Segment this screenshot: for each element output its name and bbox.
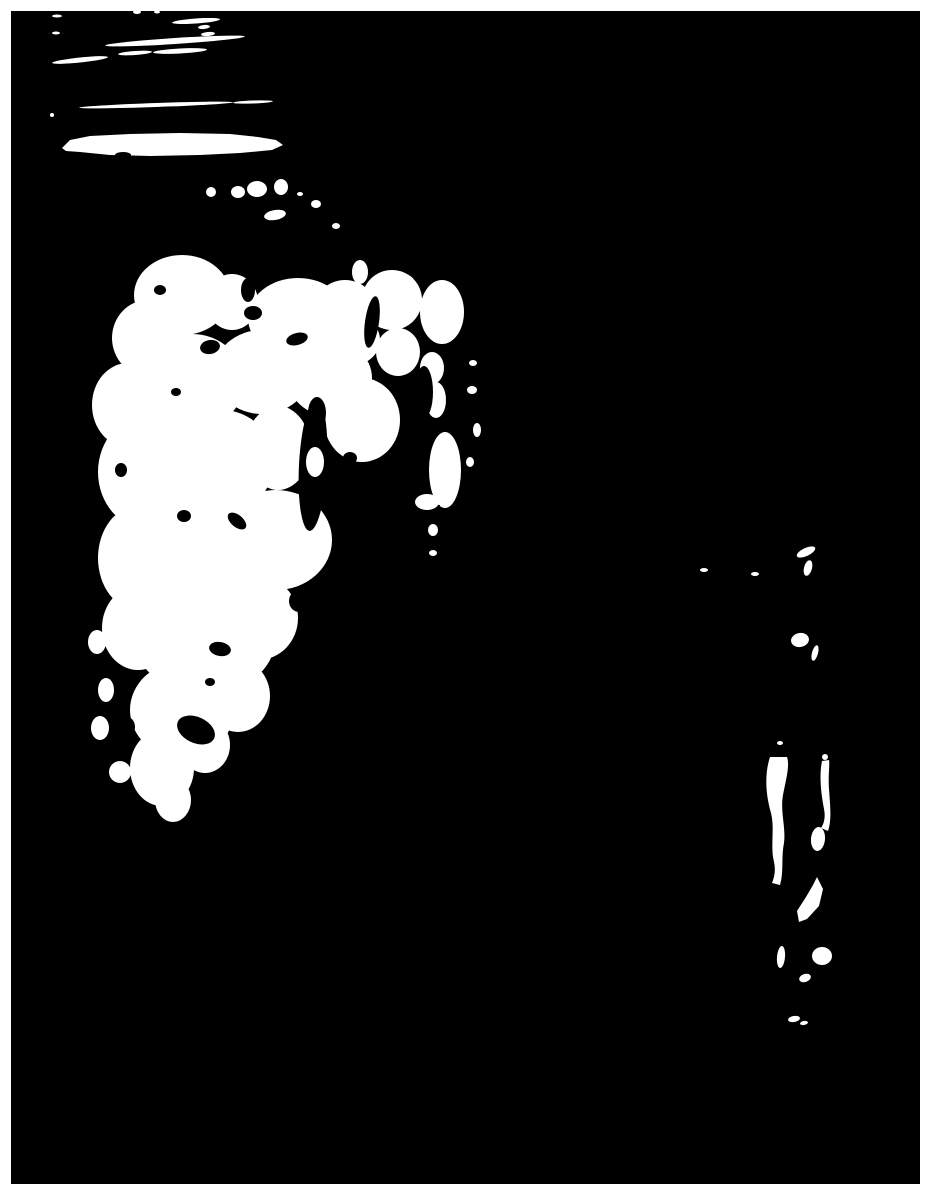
channel-inner-blob	[306, 447, 324, 477]
blob-hole	[343, 452, 357, 464]
top-streak	[52, 32, 60, 35]
speck	[822, 754, 828, 760]
satellite-blob	[109, 761, 131, 783]
bar-notch	[115, 152, 131, 158]
top-streak	[52, 15, 62, 18]
blob-hole	[154, 285, 166, 295]
speck	[50, 113, 54, 117]
satellite-blob	[415, 494, 439, 510]
blob-hole	[244, 306, 262, 320]
speck	[751, 572, 759, 576]
blob-hole	[115, 463, 127, 477]
blob-lobe	[98, 678, 114, 702]
dot	[352, 260, 368, 284]
satellite-blob	[428, 524, 438, 536]
channel-shadow	[308, 397, 326, 429]
dot	[274, 179, 288, 195]
blob-lobe	[324, 378, 400, 462]
blob-hole	[241, 278, 255, 302]
blob-lobe	[102, 586, 174, 670]
blob-lobe	[155, 778, 191, 822]
top-streak	[154, 11, 160, 14]
binary-image-figure	[0, 0, 931, 1195]
blob-hole	[415, 366, 433, 418]
binary-image-svg	[0, 0, 931, 1195]
top-streak	[133, 10, 141, 14]
satellite-blob	[469, 360, 477, 366]
speck	[777, 741, 783, 745]
dot	[206, 187, 216, 197]
dot	[311, 200, 321, 208]
wisp-blob	[812, 947, 832, 965]
satellite-blob	[91, 716, 109, 740]
speck	[700, 568, 708, 572]
blob-hole	[351, 482, 363, 492]
dot	[297, 192, 303, 196]
blob-hole	[225, 768, 235, 776]
blob-hole	[171, 388, 181, 396]
blob-hole	[92, 656, 108, 676]
satellite-blob	[473, 423, 481, 437]
blob-hole	[205, 678, 215, 686]
blob-lobe	[420, 280, 464, 344]
dot	[332, 223, 340, 229]
satellite-blob	[429, 550, 437, 556]
satellite-blob	[467, 386, 477, 394]
blob-hole	[289, 590, 309, 612]
dot	[231, 186, 245, 198]
dot	[247, 181, 267, 197]
satellite-blob	[466, 457, 474, 467]
blob-hole	[177, 510, 191, 522]
blob-hole	[119, 717, 135, 737]
blob-lobe	[376, 328, 420, 376]
blob-lobe	[88, 630, 106, 654]
